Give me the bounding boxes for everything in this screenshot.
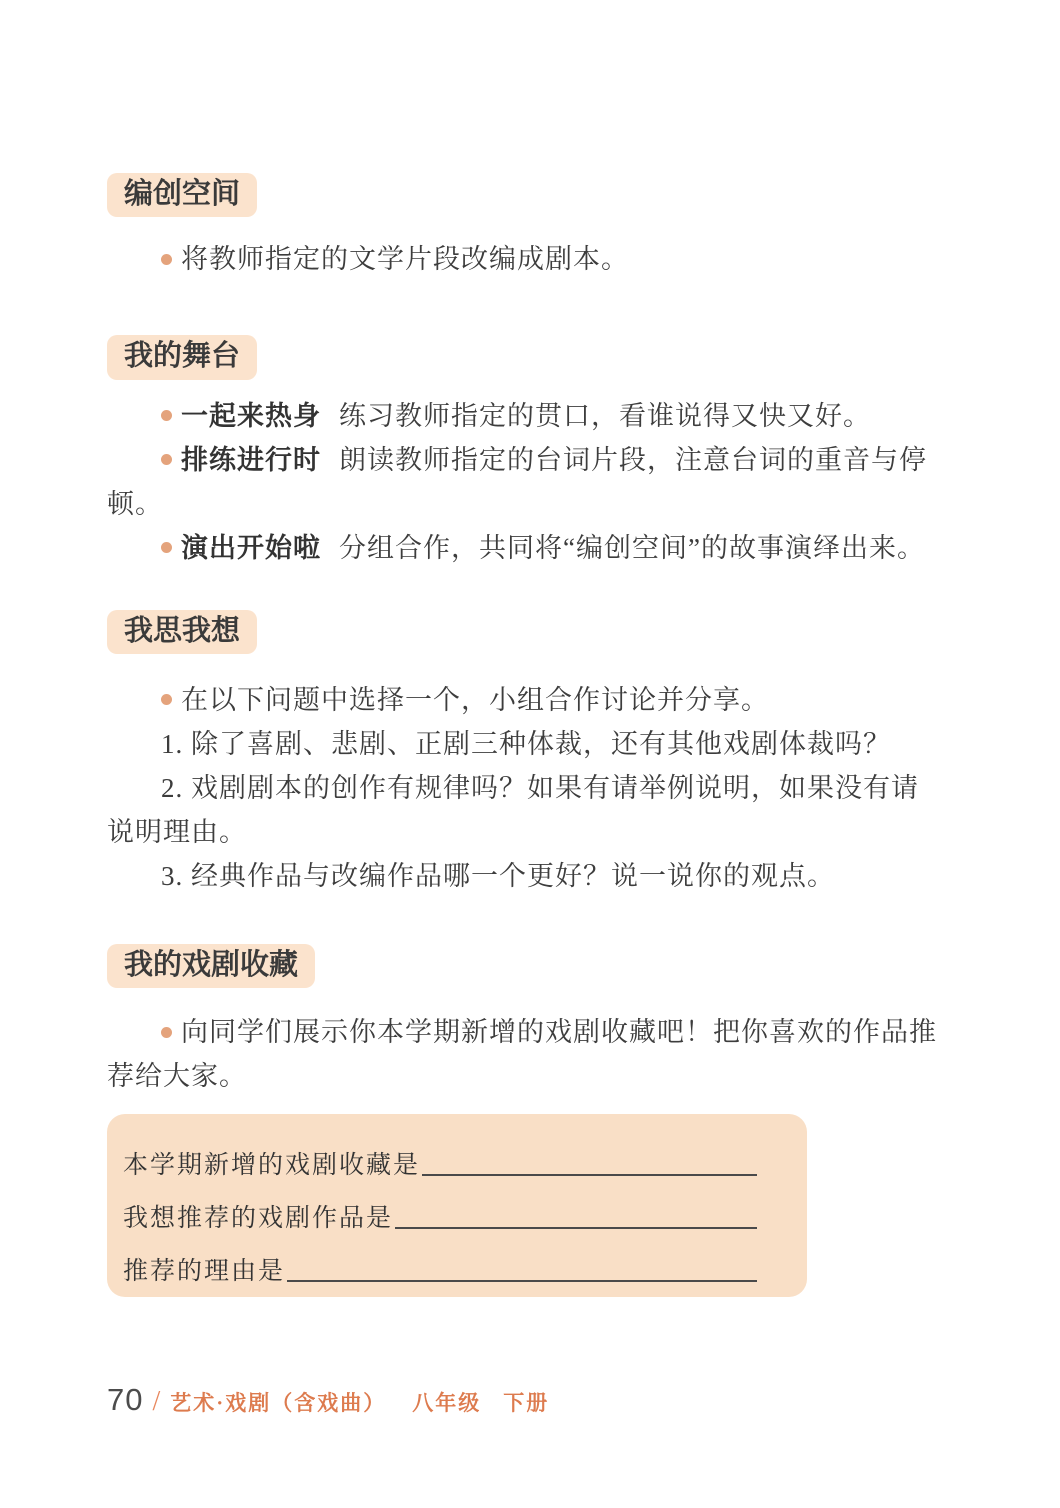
- section-heading-creation-space: 编创空间: [107, 173, 257, 217]
- list-item: 演出开始啦分组合作，共同将“编创空间”的故事演绎出来。: [107, 526, 942, 570]
- question-item: 2. 戏剧剧本的创作有规律吗？如果有请举例说明，如果没有请说明理由。: [107, 766, 942, 854]
- question-text: 3. 经典作品与改编作品哪一个更好？说一说你的观点。: [161, 861, 835, 891]
- list-item: 在以下问题中选择一个，小组合作讨论并分享。: [107, 678, 942, 722]
- section-heading-drama-collection: 我的戏剧收藏: [107, 944, 315, 988]
- list-item: 将教师指定的文学片段改编成剧本。: [107, 237, 942, 281]
- list-item-text: 向同学们展示你本学期新增的戏剧收藏吧！把你喜欢的作品推荐给大家。: [107, 1017, 937, 1091]
- collection-fill-in-box: 本学期新增的戏剧收藏是 我想推荐的戏剧作品是 推荐的理由是: [107, 1114, 807, 1297]
- bullet-icon: [161, 410, 172, 421]
- page-number: 70: [107, 1382, 143, 1418]
- list-item-text: 将教师指定的文学片段改编成剧本。: [181, 244, 629, 274]
- fill-in-blank-line: [422, 1173, 757, 1176]
- fill-in-label: 我想推荐的戏剧作品是: [123, 1204, 393, 1234]
- page-footer: 70 / 艺术·戏剧（含戏曲） 八年级 下册: [107, 1382, 549, 1418]
- fill-in-row: 本学期新增的戏剧收藏是: [123, 1128, 757, 1181]
- list-item-label: 排练进行时: [181, 445, 321, 475]
- list-item-text: 在以下问题中选择一个，小组合作讨论并分享。: [181, 685, 769, 715]
- list-item: 排练进行时朗读教师指定的台词片段，注意台词的重音与停顿。: [107, 438, 942, 526]
- question-text: 1. 除了喜剧、悲剧、正剧三种体裁，还有其他戏剧体裁吗？: [161, 729, 891, 759]
- section-body: 在以下问题中选择一个，小组合作讨论并分享。 1. 除了喜剧、悲剧、正剧三种体裁，…: [107, 678, 942, 898]
- section-body: 一起来热身练习教师指定的贯口，看谁说得又快又好。 排练进行时朗读教师指定的台词片…: [107, 394, 942, 570]
- bullet-icon: [161, 694, 172, 705]
- section-my-stage: 我的舞台 一起来热身练习教师指定的贯口，看谁说得又快又好。 排练进行时朗读教师指…: [107, 335, 942, 569]
- fill-in-blank-line: [395, 1226, 757, 1229]
- book-title: 艺术·戏剧（含戏曲）: [170, 1387, 386, 1417]
- fill-in-label: 本学期新增的戏剧收藏是: [123, 1151, 420, 1181]
- section-body: 将教师指定的文学片段改编成剧本。: [107, 237, 942, 281]
- section-heading-my-stage: 我的舞台: [107, 335, 257, 379]
- fill-in-blank-line: [287, 1279, 757, 1282]
- list-item-label: 一起来热身: [181, 401, 321, 431]
- section-drama-collection: 我的戏剧收藏 向同学们展示你本学期新增的戏剧收藏吧！把你喜欢的作品推荐给大家。 …: [107, 944, 942, 1297]
- section-heading-my-thoughts: 我思我想: [107, 610, 257, 654]
- grade-label: 八年级: [412, 1387, 481, 1417]
- list-item-text: 分组合作，共同将“编创空间”的故事演绎出来。: [339, 533, 925, 563]
- footer-separator: /: [152, 1386, 160, 1418]
- fill-in-row: 我想推荐的戏剧作品是: [123, 1181, 757, 1234]
- list-item-text: 练习教师指定的贯口，看谁说得又快又好。: [339, 401, 871, 431]
- question-item: 1. 除了喜剧、悲剧、正剧三种体裁，还有其他戏剧体裁吗？: [107, 722, 942, 766]
- page-content: 编创空间 将教师指定的文学片段改编成剧本。 我的舞台 一起来热身练习教师指定的贯…: [107, 173, 942, 1297]
- list-item-label: 演出开始啦: [181, 533, 321, 563]
- section-creation-space: 编创空间 将教师指定的文学片段改编成剧本。: [107, 173, 942, 281]
- section-my-thoughts: 我思我想 在以下问题中选择一个，小组合作讨论并分享。 1. 除了喜剧、悲剧、正剧…: [107, 610, 942, 898]
- bullet-icon: [161, 542, 172, 553]
- bullet-icon: [161, 1027, 172, 1038]
- section-body: 向同学们展示你本学期新增的戏剧收藏吧！把你喜欢的作品推荐给大家。: [107, 1010, 942, 1098]
- question-text: 2. 戏剧剧本的创作有规律吗？如果有请举例说明，如果没有请说明理由。: [107, 773, 919, 847]
- question-item: 3. 经典作品与改编作品哪一个更好？说一说你的观点。: [107, 854, 942, 898]
- list-item: 向同学们展示你本学期新增的戏剧收藏吧！把你喜欢的作品推荐给大家。: [107, 1010, 942, 1098]
- bullet-icon: [161, 254, 172, 265]
- fill-in-row: 推荐的理由是: [123, 1234, 757, 1287]
- list-item: 一起来热身练习教师指定的贯口，看谁说得又快又好。: [107, 394, 942, 438]
- bullet-icon: [161, 454, 172, 465]
- volume-label: 下册: [503, 1387, 549, 1417]
- fill-in-label: 推荐的理由是: [123, 1257, 285, 1287]
